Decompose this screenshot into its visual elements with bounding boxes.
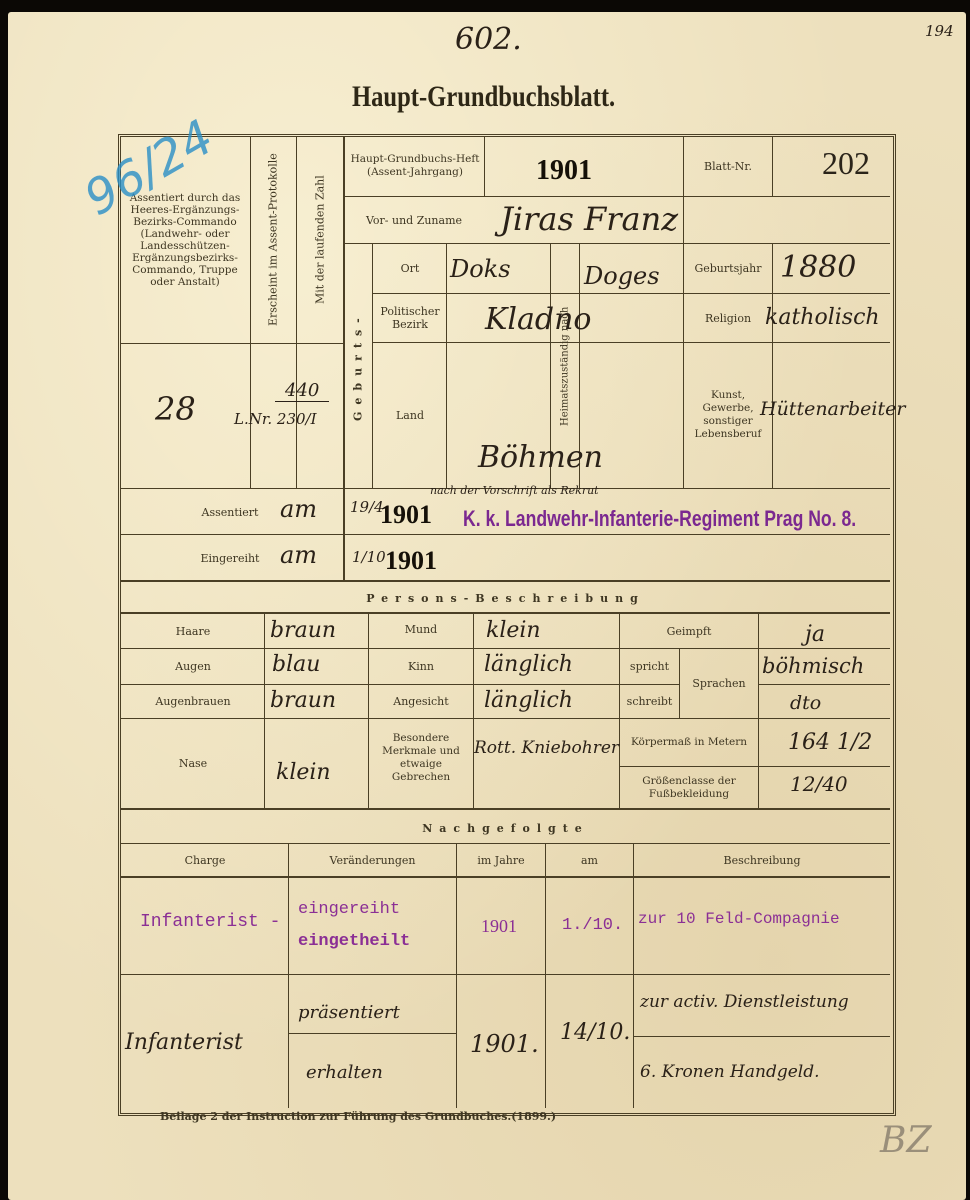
spricht-label: spricht: [620, 649, 679, 684]
geburtsjahr-value: 1880: [780, 250, 856, 285]
laufende-zahl-label: Mit der laufenden Zahl: [298, 140, 342, 340]
page-number: 194: [925, 22, 954, 40]
protokoll-label: Erscheint im Assent-Protokolle: [252, 140, 294, 340]
footer-note: Beilage 2 der Instruction zur Führung de…: [160, 1110, 556, 1123]
geburtsjahr-label: Geburtsjahr: [685, 244, 771, 292]
col-am: am: [546, 844, 633, 876]
folio-number: 602.: [455, 22, 522, 57]
augen-value: blau: [272, 652, 320, 677]
schreibt-value: dto: [790, 692, 821, 714]
assentiert-am: am: [280, 495, 317, 523]
religion-value: katholisch: [765, 305, 880, 330]
kinn-label: Kinn: [369, 649, 473, 684]
corner-initials: BZ: [880, 1120, 931, 1161]
merkmale-value: Rott. Kniebohrer: [474, 738, 619, 758]
haare-label: Haare: [122, 614, 264, 648]
kinn-value: länglich: [484, 652, 573, 677]
eingereiht-date: 1/10: [352, 548, 386, 566]
spricht-value: böhmisch: [762, 654, 864, 678]
nachgefolgte-section-title: Nachgefolgte: [121, 814, 890, 842]
row2-veraenderung-1: präsentiert: [298, 1002, 400, 1023]
persons-section-title: Persons-Beschreibung: [121, 584, 890, 612]
schreibt-label: schreibt: [620, 685, 679, 718]
row2-veraenderung-2: erhalten: [306, 1062, 383, 1083]
assent-note: nach der Vorschrift als Rekrut: [430, 484, 599, 497]
row1-am: 1./10.: [562, 916, 623, 935]
row2-jahr: 1901.: [470, 1030, 539, 1058]
fuss-value: 12/40: [790, 772, 848, 796]
augen-label: Augen: [122, 649, 264, 684]
geburts-label: Geburts-: [346, 246, 370, 486]
row2-beschreibung-2: 6. Kronen Handgeld.: [640, 1062, 820, 1082]
brauen-value: braun: [270, 688, 336, 713]
brauen-label: Augenbrauen: [122, 685, 264, 718]
col-charge: Charge: [122, 844, 288, 876]
assent-commando-value: 28: [155, 390, 196, 428]
fuss-label: Größenclasse der Fußbekleidung: [620, 767, 758, 808]
col-jahr: im Jahre: [457, 844, 545, 876]
blatt-label: Blatt-Nr.: [686, 138, 770, 194]
eingereiht-year: 1901: [385, 546, 437, 576]
row2-charge: Infanterist: [125, 1030, 243, 1055]
bezirk-value: Kladno: [485, 302, 591, 337]
religion-label: Religion: [685, 294, 771, 342]
haare-value: braun: [270, 618, 336, 643]
col-veraenderungen: Veränderungen: [289, 844, 456, 876]
laufende-zahl-value: L.Nr. 230/I: [234, 410, 317, 428]
heimat-ort-value: Doges: [584, 262, 660, 290]
assentiert-label: Assentiert: [190, 500, 270, 524]
koerper-value: 164 1/2: [788, 730, 872, 755]
koerper-label: Körpermaß in Metern: [620, 719, 758, 766]
row1-beschreibung: zur 10 Feld-Compagnie: [638, 910, 840, 928]
sprachen-label: Sprachen: [680, 649, 758, 718]
name-label: Vor- und Zuname: [346, 198, 482, 242]
mund-label: Mund: [369, 614, 473, 644]
heft-label: Haupt-Grundbuchs-Heft (Assent-Jahrgang): [348, 138, 482, 194]
gesicht-value: länglich: [484, 688, 573, 713]
ort-label: Ort: [374, 244, 446, 292]
row2-beschreibung-1: zur activ. Dienstleistung: [640, 992, 849, 1012]
bezirk-label: Politischer Bezirk: [374, 294, 446, 342]
ort-value: Doks: [450, 255, 511, 283]
merkmale-label: Besondere Merkmale und etwaige Gebrechen: [370, 728, 472, 788]
row1-veraenderung-2: eingetheilt: [298, 932, 410, 951]
geimpft-label: Geimpft: [620, 614, 758, 648]
row1-jahr: 1901: [481, 916, 517, 937]
regiment-stamp: K. k. Landwehr-Infanterie-Regiment Prag …: [463, 506, 856, 532]
row2-am: 14/10.: [560, 1020, 630, 1045]
heft-value: 1901: [536, 155, 592, 187]
protokoll-value: 440: [275, 380, 329, 402]
blatt-value: 202: [822, 145, 870, 182]
assentiert-year: 1901: [380, 500, 432, 530]
eingereiht-label: Eingereiht: [190, 546, 270, 570]
gesicht-label: Angesicht: [369, 685, 473, 718]
mund-value: klein: [486, 618, 541, 643]
nase-label: Nase: [122, 719, 264, 808]
eingereiht-am: am: [280, 541, 317, 569]
row1-charge: Infanterist -: [140, 912, 280, 932]
page-title: Haupt-Grundbuchsblatt.: [352, 80, 615, 114]
beruf-label: Kunst, Gewerbe, sonstiger Lebensberuf: [690, 380, 766, 450]
geimpft-value: ja: [805, 622, 825, 647]
row1-veraenderung-1: eingereiht: [298, 900, 400, 919]
land-value: Böhmen: [478, 440, 603, 475]
land-label: Land: [374, 343, 446, 488]
name-value: Jiras Franz: [500, 200, 678, 238]
col-beschreibung: Beschreibung: [634, 844, 890, 876]
nase-value: klein: [276, 760, 331, 785]
beruf-value: Hüttenarbeiter: [760, 398, 905, 420]
